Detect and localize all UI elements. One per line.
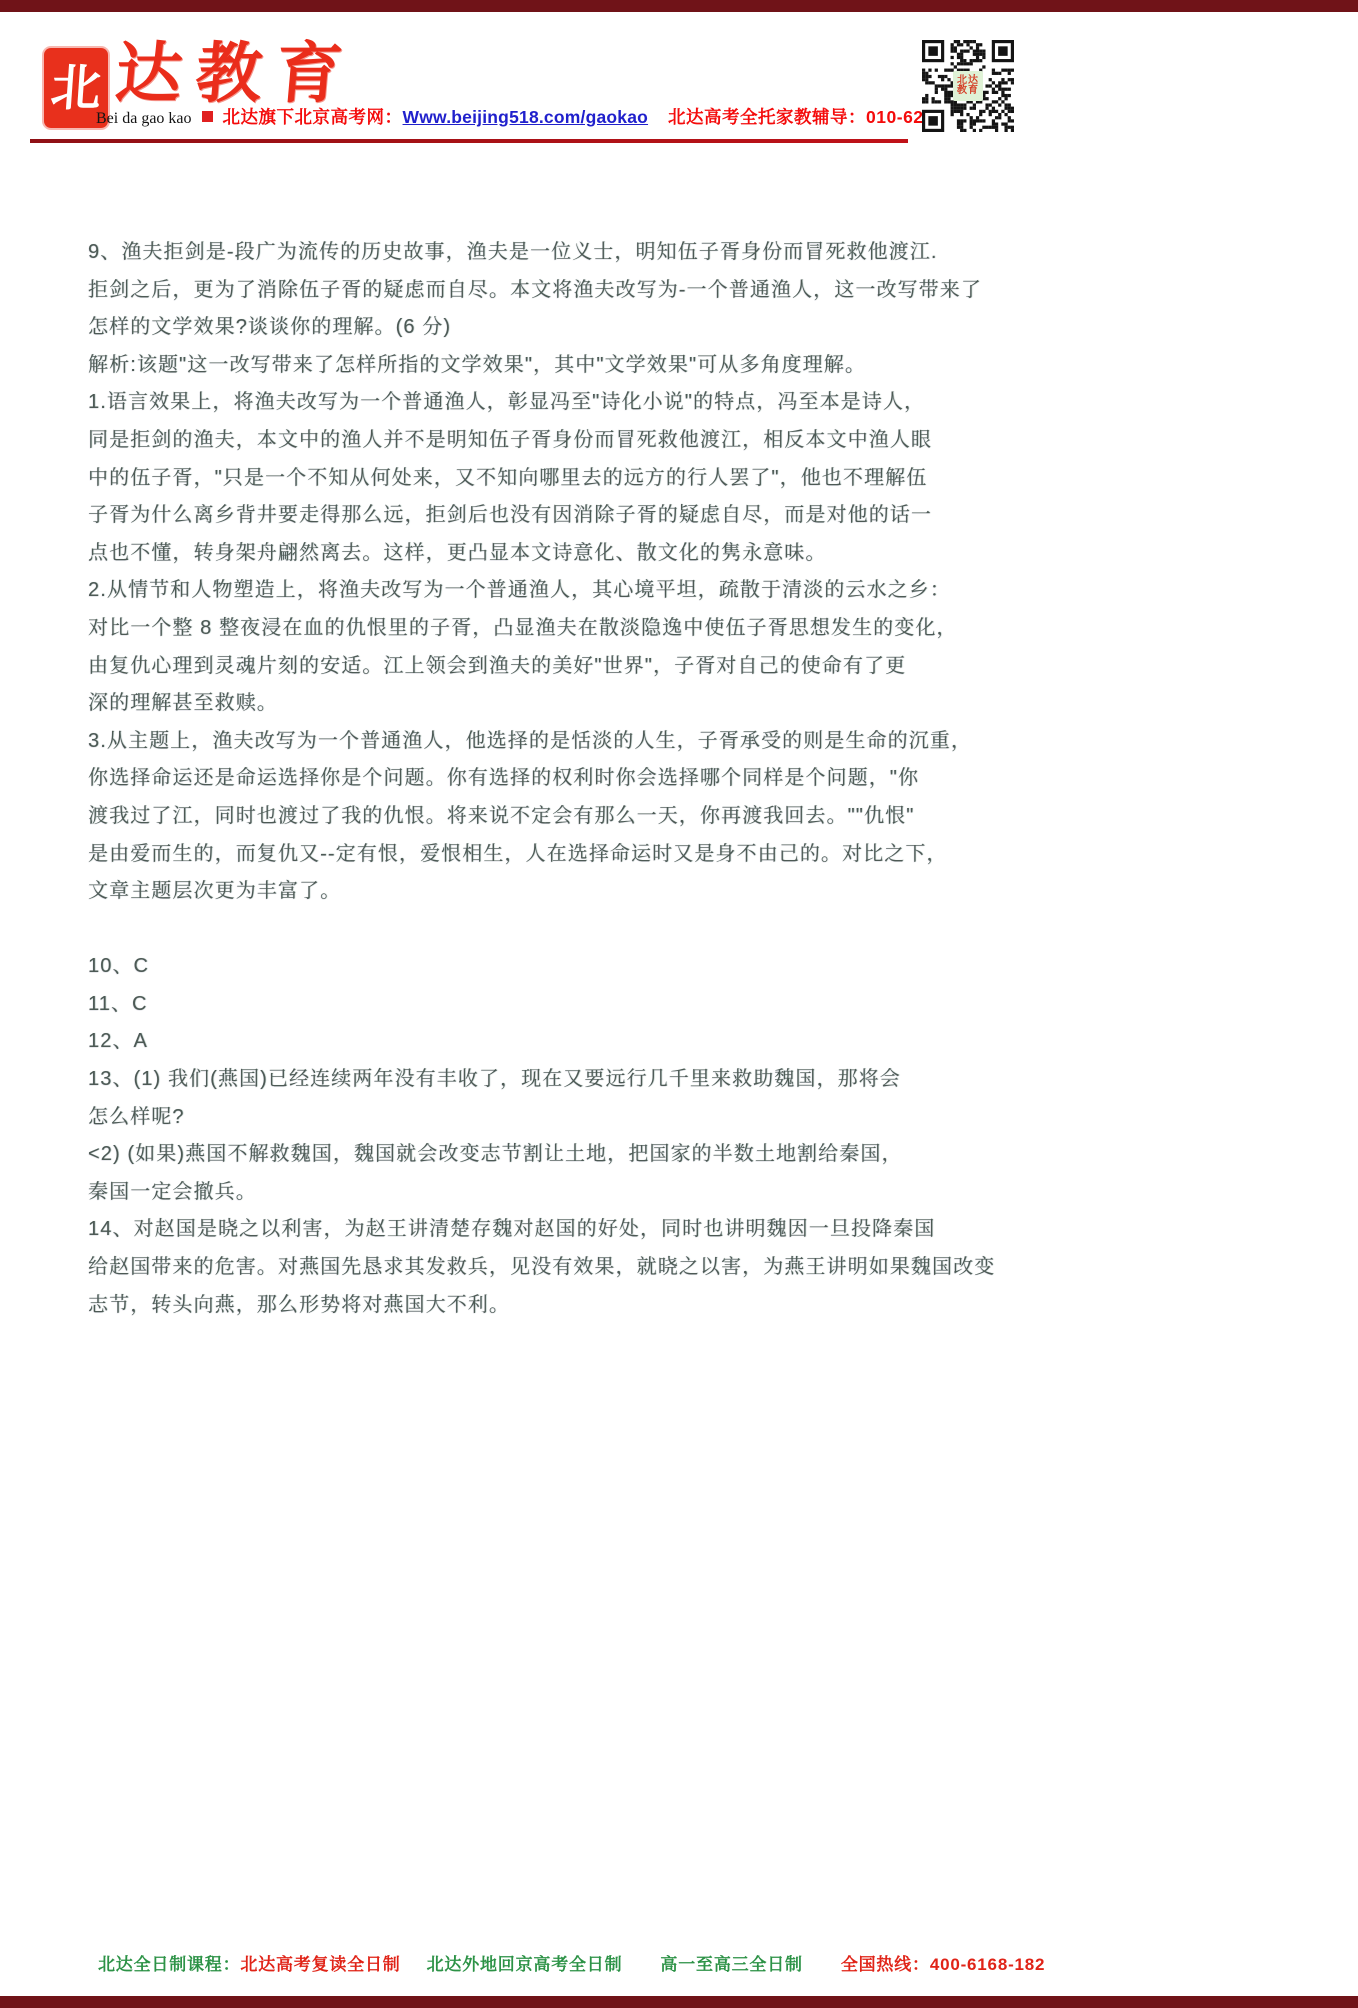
- body-line: 由复仇心理到灵魂片刻的安适。江上领会到渔夫的美好"世界"，子胥对自己的使命有了更: [88, 648, 968, 686]
- footer-programs-label: 北达全日制课程：: [98, 1955, 240, 1974]
- body-line: 中的伍子胥，"只是一个不知从何处来，又不知向哪里去的远方的行人罢了"，他也不理解…: [88, 460, 968, 498]
- body-line: 13、(1) 我们(燕国)已经连续两年没有丰收了，现在又要远行几千里来救助魏国，…: [88, 1061, 968, 1099]
- tutoring-label: 北达高考全托家教辅导：: [668, 104, 866, 129]
- body-line: 子胥为什么离乡背井要走得那么远，拒剑后也没有因消除子胥的疑虑自尽，而是对他的话一: [88, 497, 968, 535]
- footer-program-returnees: 北达外地回京高考全日制: [427, 1955, 623, 1974]
- body-line: 是由爱而生的，而复仇又--定有恨，爱恨相生，人在选择命运时又是身不由己的。对比之…: [88, 836, 968, 874]
- logo-romanization: Bei da gao kao: [96, 110, 192, 128]
- body-line: 解析:该题"这一改写带来了怎样所指的文学效果"，其中"文学效果"可从多角度理解。: [88, 347, 968, 385]
- body-line: 11、C: [88, 986, 968, 1024]
- site-link[interactable]: Www.beijing518.com/gaokao: [403, 107, 649, 128]
- body-line: 深的理解甚至救赎。: [88, 685, 968, 723]
- footer-hotline-label: 全国热线：: [841, 1955, 930, 1974]
- body-line: 渡我过了江，同时也渡过了我的仇恨。将来说不定会有那么一天，你再渡我回去。""仇恨…: [88, 798, 968, 836]
- body-line: [88, 911, 968, 949]
- body-line: 12、A: [88, 1023, 968, 1061]
- body-line: 你选择命运还是命运选择你是个问题。你有选择的权利时你会选择哪个同样是个问题，"你: [88, 760, 968, 798]
- qr-center-label: 北达 教育: [953, 71, 983, 101]
- body-line: 对比一个整 8 整夜浸在血的仇恨里的子胥，凸显渔夫在散淡隐逸中使伍子胥思想发生的…: [88, 610, 968, 648]
- body-line: 怎么样呢?: [88, 1099, 968, 1137]
- body-line: 2.从情节和人物塑造上，将渔夫改写为一个普通渔人，其心境平坦，疏散于清淡的云水之…: [88, 572, 968, 610]
- logo-calligraphy: 达教育: [113, 40, 359, 106]
- body-line: 3.从主题上，渔夫改写为一个普通渔人，他选择的是恬淡的人生，子胥承受的则是生命的…: [88, 723, 968, 761]
- red-square-bullet-icon: [202, 111, 213, 122]
- header-divider-rule: [30, 139, 908, 143]
- footer-program-fulltime: 北达高考复读全日制: [240, 1955, 400, 1974]
- body-line: 10、C: [88, 948, 968, 986]
- body-line: 给赵国带来的危害。对燕国先恳求其发救兵，见没有效果，就晓之以害，为燕王讲明如果魏…: [88, 1249, 968, 1287]
- body-line: <2) (如果)燕国不解救魏国，魏国就会改变志节割让土地，把国家的半数土地割给秦…: [88, 1136, 968, 1174]
- body-line: 点也不懂，转身架舟翩然离去。这样，更凸显本文诗意化、散文化的隽永意味。: [88, 535, 968, 573]
- scanned-document-page: { "header": { "logo": { "seal_char": "北"…: [0, 0, 1358, 2008]
- bottom-border-bar: [0, 1996, 1358, 2008]
- body-line: 9、渔夫拒剑是-段广为流传的历史故事，渔夫是一位义士，明知伍子胥身份而冒死救他渡…: [88, 234, 968, 272]
- footer-programs-line: 北达全日制课程：北达高考复读全日制北达外地回京高考全日制高一至高三全日制全国热线…: [98, 1950, 1045, 1975]
- body-line: 同是拒剑的渔夫，本文中的渔人并不是明知伍子胥身份而冒死救他渡江，相反本文中渔人眼: [88, 422, 968, 460]
- body-line: 1.语言效果上，将渔夫改写为一个普通渔人，彰显冯至"诗化小说"的特点，冯至本是诗…: [88, 384, 968, 422]
- body-line: 文章主题层次更为丰富了。: [88, 873, 968, 911]
- qr-code: 北达 教育: [922, 40, 1014, 132]
- header-tagline-row: Bei da gao kao 北达旗下北京高考网： Www.beijing518…: [96, 104, 985, 129]
- body-line: 志节，转头向燕，那么形势将对燕国大不利。: [88, 1287, 968, 1325]
- body-line: 怎样的文学效果?谈谈你的理解。(6 分): [88, 309, 968, 347]
- body-line: 拒剑之后，更为了消除伍子胥的疑虑而自尽。本文将渔夫改写为-一个普通渔人，这一改写…: [88, 272, 968, 310]
- site-label: 北达旗下北京高考网：: [223, 104, 403, 129]
- body-line: 14、对赵国是晓之以利害，为赵王讲清楚存魏对赵国的好处，同时也讲明魏因一旦投降秦…: [88, 1211, 968, 1249]
- logo-seal-character: 北: [49, 63, 102, 113]
- footer-hotline-number: 400-6168-182: [930, 1955, 1045, 1974]
- qr-label-bottom: 教育: [957, 86, 979, 97]
- footer-program-grades: 高一至高三全日制: [660, 1955, 802, 1974]
- answer-key-text-block: 9、渔夫拒剑是-段广为流传的历史故事，渔夫是一位义士，明知伍子胥身份而冒死救他渡…: [88, 234, 968, 1324]
- top-border-bar: [0, 0, 1358, 12]
- body-line: 秦国一定会撤兵。: [88, 1174, 968, 1212]
